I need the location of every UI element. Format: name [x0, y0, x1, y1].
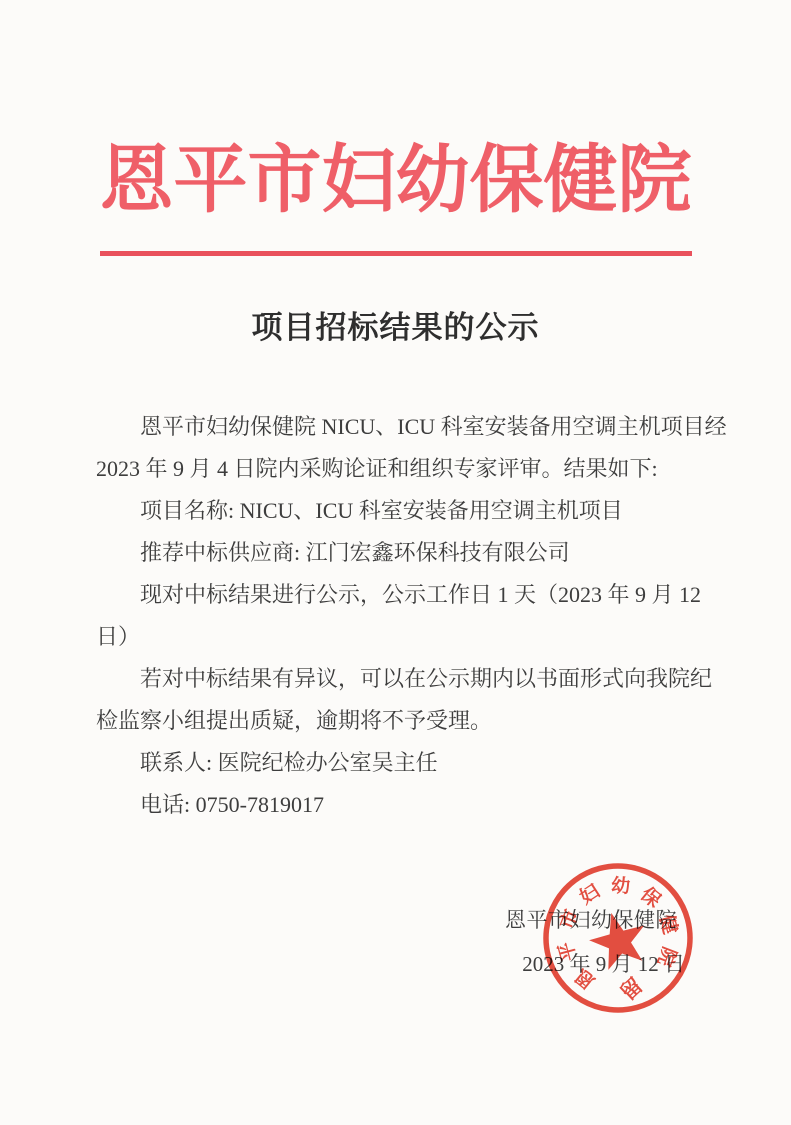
document-body: 恩平市妇幼保健院 NICU、ICU 科室安装备用空调主机项目经 2023 年 9…: [96, 406, 706, 826]
body-line: 联系人: 医院纪检办公室吴主任: [96, 742, 706, 784]
seal-arc-character: 幼: [611, 874, 631, 898]
body-line: 若对中标结果有异议，可以在公示期内以书面形式向我院纪: [96, 658, 706, 700]
document-page: 恩平市妇幼保健院 项目招标结果的公示 恩平市妇幼保健院 NICU、ICU 科室安…: [0, 0, 791, 1125]
body-line: 现对中标结果进行公示，公示工作日 1 天（2023 年 9 月 12: [96, 574, 706, 616]
signature-date: 2023 年 9 月 12 日: [0, 942, 791, 986]
signature-block: 恩平市妇幼保健院 2023 年 9 月 12 日: [0, 898, 791, 986]
signature-org-name: 恩平市妇幼保健院: [0, 898, 791, 942]
body-line: 电话: 0750-7819017: [96, 784, 706, 826]
body-line: 检监察小组提出质疑，逾期将不予受理。: [96, 700, 706, 742]
hospital-letterhead-title: 恩平市妇幼保健院: [0, 143, 791, 221]
body-line: 2023 年 9 月 4 日院内采购论证和组织专家评审。结果如下:: [96, 448, 706, 490]
document-title: 项目招标结果的公示: [0, 308, 791, 348]
body-line: 项目名称: NICU、ICU 科室安装备用空调主机项目: [96, 490, 706, 532]
body-line: 推荐中标供应商: 江门宏鑫环保科技有限公司: [96, 532, 706, 574]
letterhead-divider-line: [100, 251, 692, 256]
body-line: 恩平市妇幼保健院 NICU、ICU 科室安装备用空调主机项目经: [96, 406, 706, 448]
body-line: 日）: [96, 616, 706, 658]
